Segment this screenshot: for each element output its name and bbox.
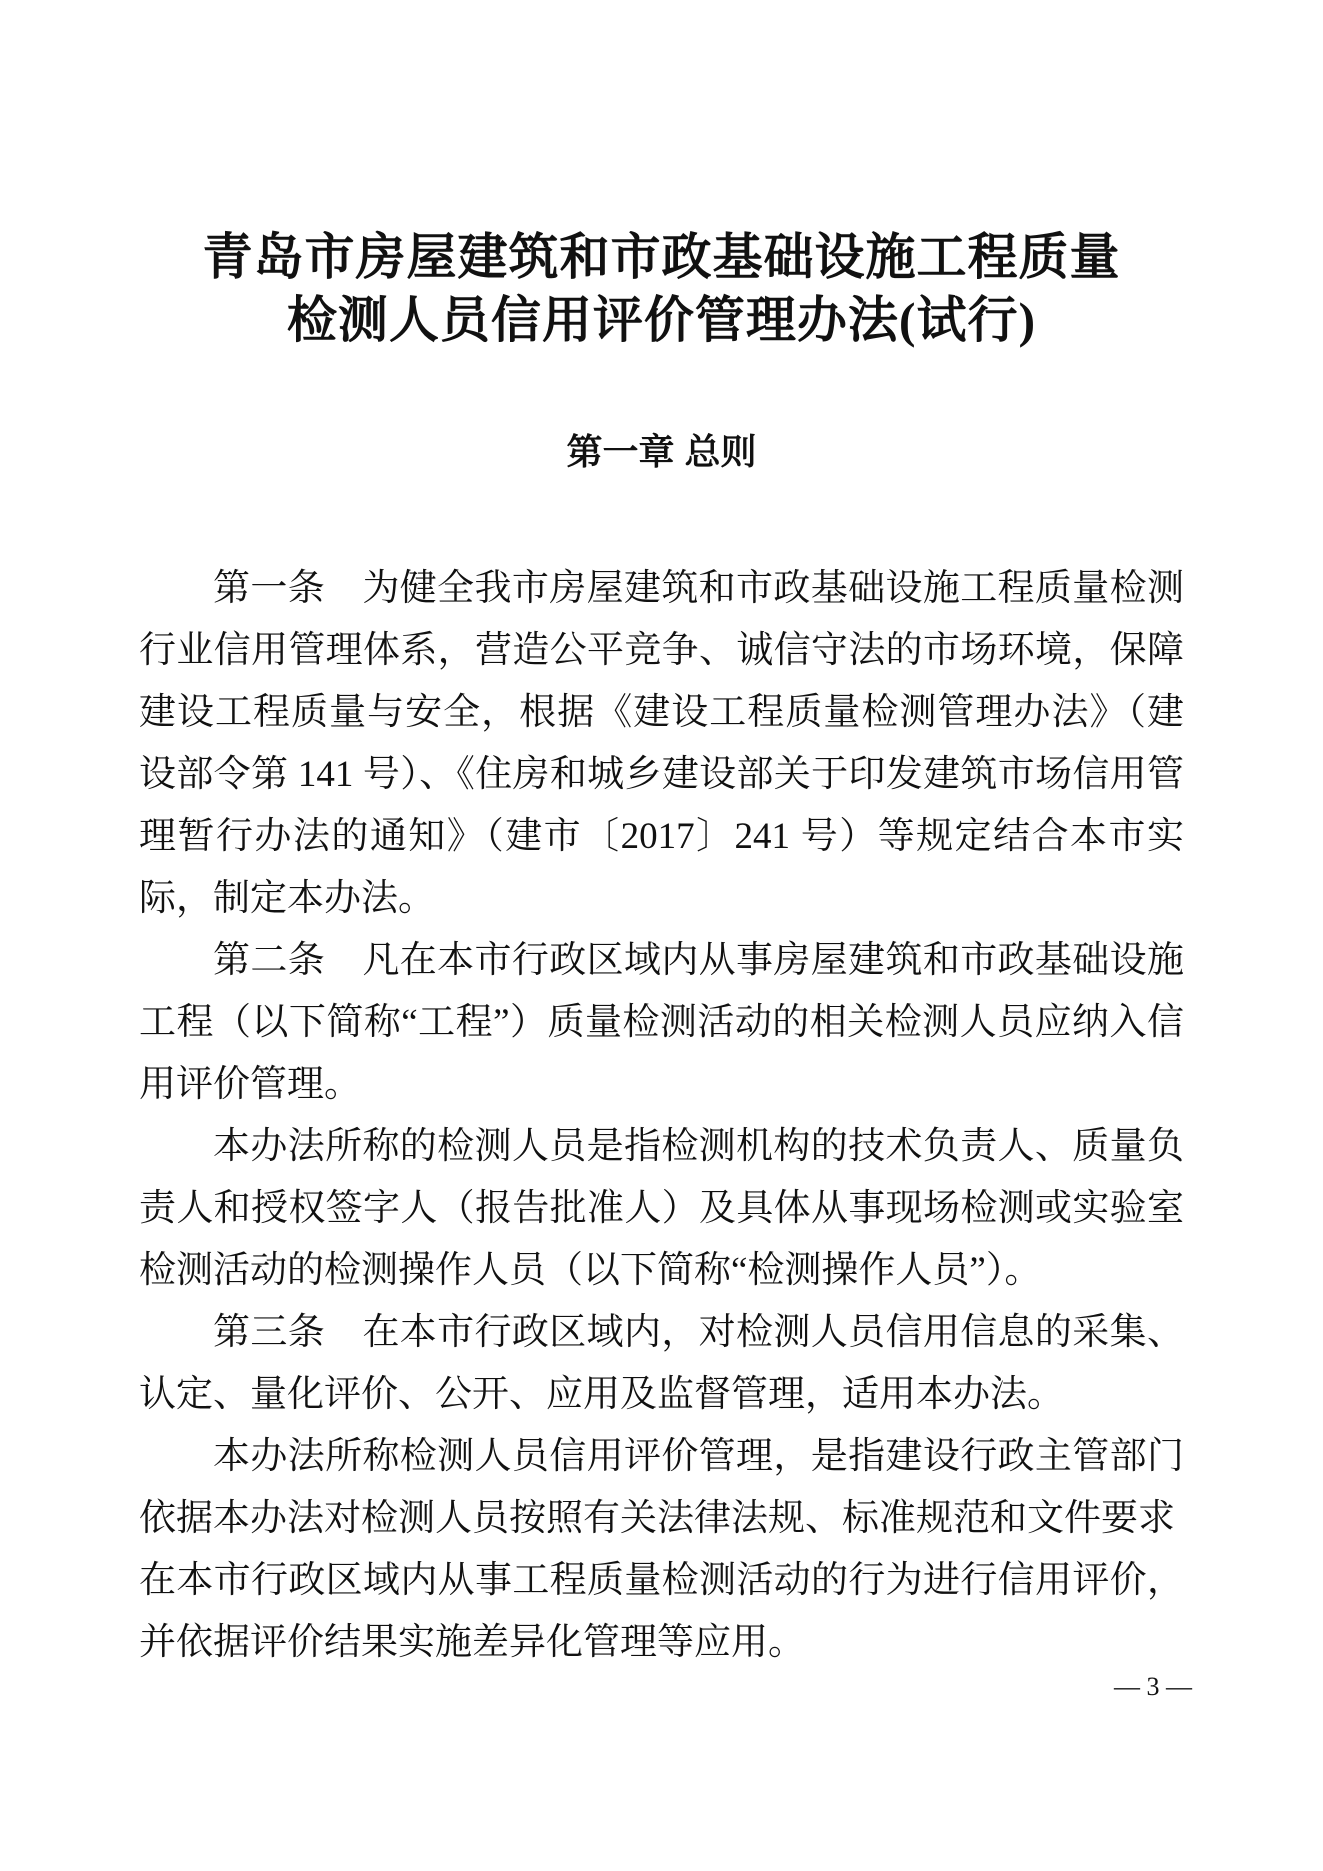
page-number: — 3 —: [1114, 1672, 1192, 1702]
document-title-line2: 检测人员信用评价管理办法(试行): [139, 289, 1184, 352]
document-page: 青岛市房屋建筑和市政基础设施工程质量 检测人员信用评价管理办法(试行) 第一章 …: [0, 0, 1323, 1871]
document-body: 第一条 为健全我市房屋建筑和市政基础设施工程质量检测行业信用管理体系，营造公平竞…: [139, 558, 1184, 1674]
body-paragraph: 在本市行政区域内从事工程质量检测活动的行为进行信用评价，并依据评价结果实施差异化…: [139, 1550, 1184, 1674]
document-title: 青岛市房屋建筑和市政基础设施工程质量 检测人员信用评价管理办法(试行): [139, 226, 1184, 352]
document-content: 青岛市房屋建筑和市政基础设施工程质量 检测人员信用评价管理办法(试行) 第一章 …: [139, 0, 1184, 1674]
body-paragraph: 本办法所称的检测人员是指检测机构的技术负责人、质量负责人和授权签字人（报告批准人…: [139, 1116, 1184, 1302]
body-paragraph: 第三条 在本市行政区域内，对检测人员信用信息的采集、认定、量化评价、公开、应用及…: [139, 1302, 1184, 1426]
chapter-heading: 第一章 总则: [139, 432, 1184, 472]
document-title-line1: 青岛市房屋建筑和市政基础设施工程质量: [139, 226, 1184, 289]
body-paragraph: 第一条 为健全我市房屋建筑和市政基础设施工程质量检测行业信用管理体系，营造公平竞…: [139, 558, 1184, 930]
body-paragraph: 第二条 凡在本市行政区域内从事房屋建筑和市政基础设施工程（以下简称“工程”）质量…: [139, 930, 1184, 1116]
body-paragraph: 本办法所称检测人员信用评价管理，是指建设行政主管部门依据本办法对检测人员按照有关…: [139, 1426, 1184, 1550]
